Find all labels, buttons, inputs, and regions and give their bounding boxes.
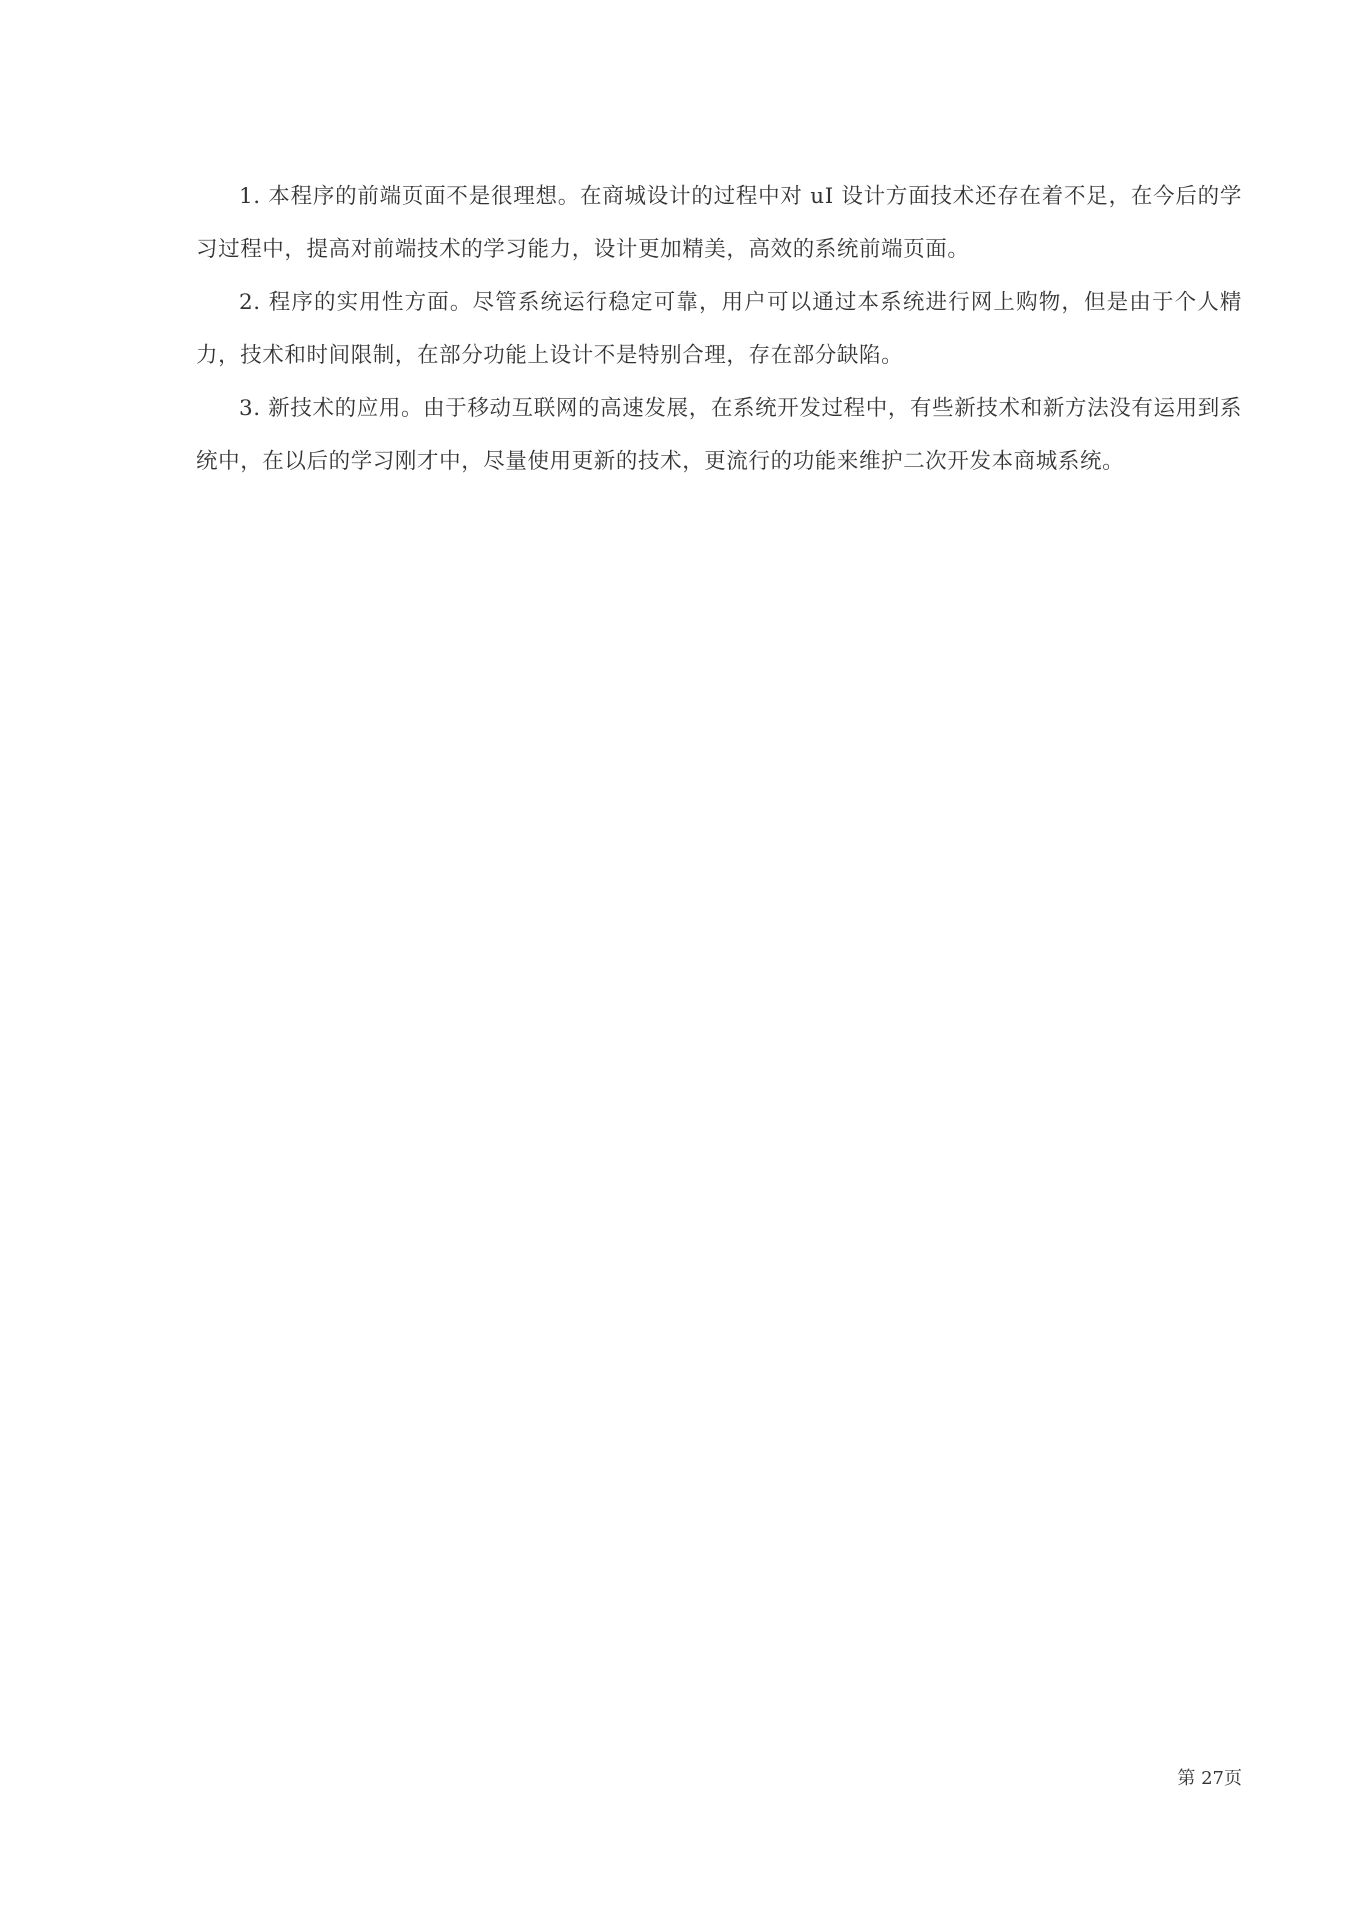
- paragraph-new-technology: 3. 新技术的应用。由于移动互联网的高速发展，在系统开发过程中，有些新技术和新方…: [196, 382, 1242, 488]
- paragraph-practicality: 2. 程序的实用性方面。尽管系统运行稳定可靠，用户可以通过本系统进行网上购物，但…: [196, 276, 1242, 382]
- document-page: 1. 本程序的前端页面不是很理想。在商城设计的过程中对 uI 设计方面技术还存在…: [0, 0, 1357, 1920]
- page-number: 第 27页: [1130, 1764, 1242, 1790]
- body-text: 1. 本程序的前端页面不是很理想。在商城设计的过程中对 uI 设计方面技术还存在…: [196, 170, 1242, 488]
- paragraph-frontend-shortcoming: 1. 本程序的前端页面不是很理想。在商城设计的过程中对 uI 设计方面技术还存在…: [196, 170, 1242, 276]
